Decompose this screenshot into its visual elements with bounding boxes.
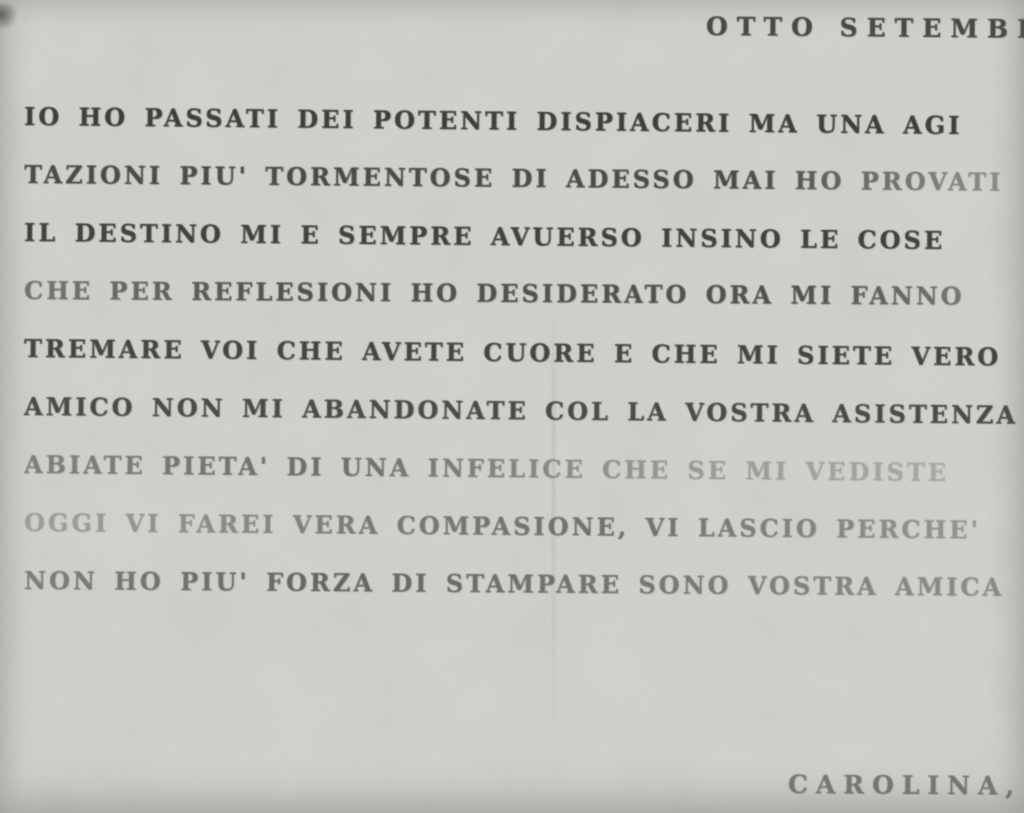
letter-line: AMICO NON MI ABANDONATE COL LA VOSTRA AS… bbox=[24, 392, 1024, 459]
letter-line: TAZIONI PIU' TORMENTOSE DI ADESSO MAI HO… bbox=[24, 160, 1024, 226]
letter-line: ABIATE PIETA' DI UNA INFELICE CHE SE MI … bbox=[24, 450, 1024, 517]
letter-signature: CAROLINA, bbox=[788, 770, 1022, 801]
letter-dateline: OTTO SETEMBRE bbox=[706, 12, 1024, 44]
letter-line: IL DESTINO MI E SEMPRE AVUERSO INSINO LE… bbox=[24, 218, 1024, 285]
scan-corner-smudge bbox=[0, 4, 18, 30]
letter-line: OGGI VI FAREI VERA COMPASIONE, VI LASCIO… bbox=[24, 508, 1024, 574]
letter-line: CHE PER REFLESIONI HO DESIDERATO ORA MI … bbox=[24, 276, 1024, 340]
letter-line: IO HO PASSATI DEI POTENTI DISPIACERI MA … bbox=[24, 102, 1024, 170]
letter-line: NON HO PIU' FORZA DI STAMPARE SONO VOSTR… bbox=[24, 566, 1024, 631]
letter-body: IO HO PASSATI DEI POTENTI DISPIACERI MA … bbox=[24, 102, 1024, 624]
letter-line: TREMARE VOI CHE AVETE CUORE E CHE MI SIE… bbox=[24, 334, 1024, 401]
letter-page: OTTO SETEMBRE IO HO PASSATI DEI POTENTI … bbox=[0, 0, 1024, 813]
